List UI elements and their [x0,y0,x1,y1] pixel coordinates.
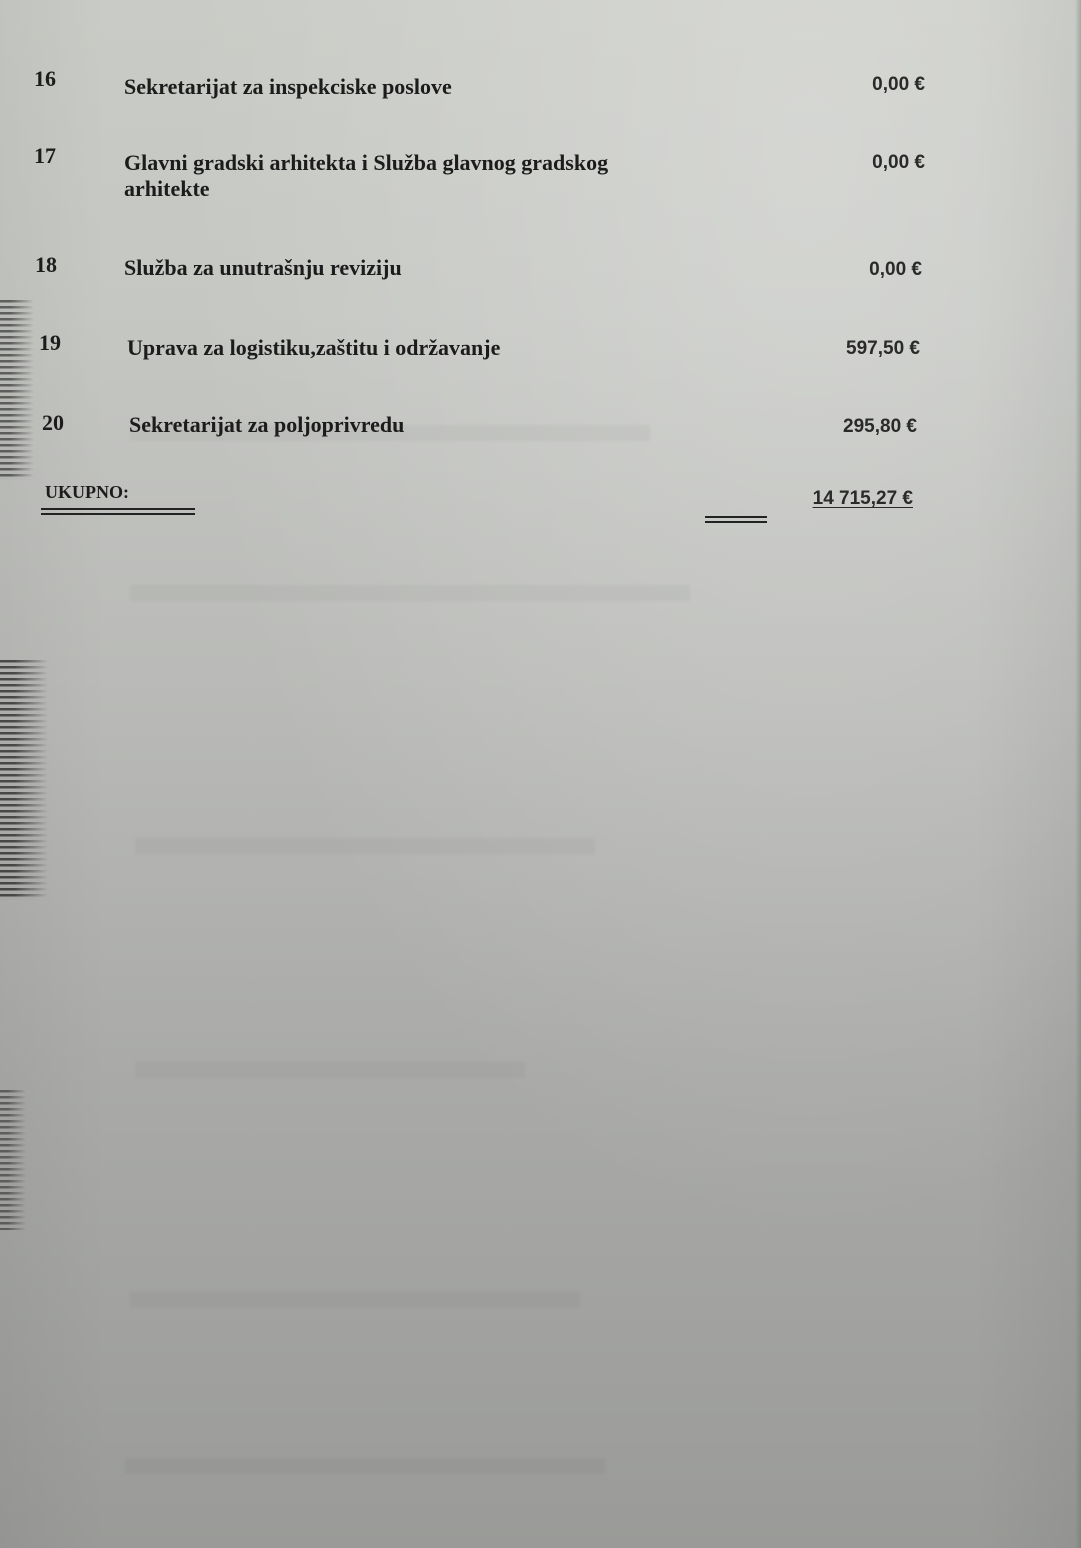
bleed-through-texture [125,1458,605,1474]
total-amount: 14 715,27 € [713,488,913,510]
binding-shadow [0,300,34,480]
row-amount: 597,50 € [720,338,920,360]
binding-shadow [0,1090,26,1230]
document-page: 16 Sekretarijat za inspekciske poslove 0… [0,0,1081,1548]
row-number: 18 [35,252,57,278]
binding-shadow [0,660,48,900]
row-label: Glavni gradski arhitekta i Služba glavno… [124,150,684,202]
row-amount: 295,80 € [717,416,917,438]
row-amount: 0,00 € [725,74,925,96]
row-label: Uprava za logistiku,zaštitu i održavanje [127,335,687,361]
bleed-through-texture [130,1292,580,1308]
row-number: 20 [42,410,64,436]
page-edge [1075,0,1081,1548]
row-label: Sekretarijat za poljoprivredu [129,412,689,438]
row-label: Sekretarijat za inspekciske poslove [124,74,684,100]
row-amount: 0,00 € [722,259,922,281]
row-number: 19 [39,330,61,356]
row-amount: 0,00 € [725,152,925,174]
row-number: 16 [34,66,56,92]
row-label: Služba za unutrašnju reviziju [124,255,684,281]
total-label-double-underline [41,508,195,515]
bleed-through-texture [130,585,690,601]
total-separator-double-rule [705,516,767,523]
bleed-through-texture [135,1062,525,1078]
row-number: 17 [34,143,56,169]
total-label: UKUPNO: [45,482,129,503]
bleed-through-texture [135,838,595,854]
